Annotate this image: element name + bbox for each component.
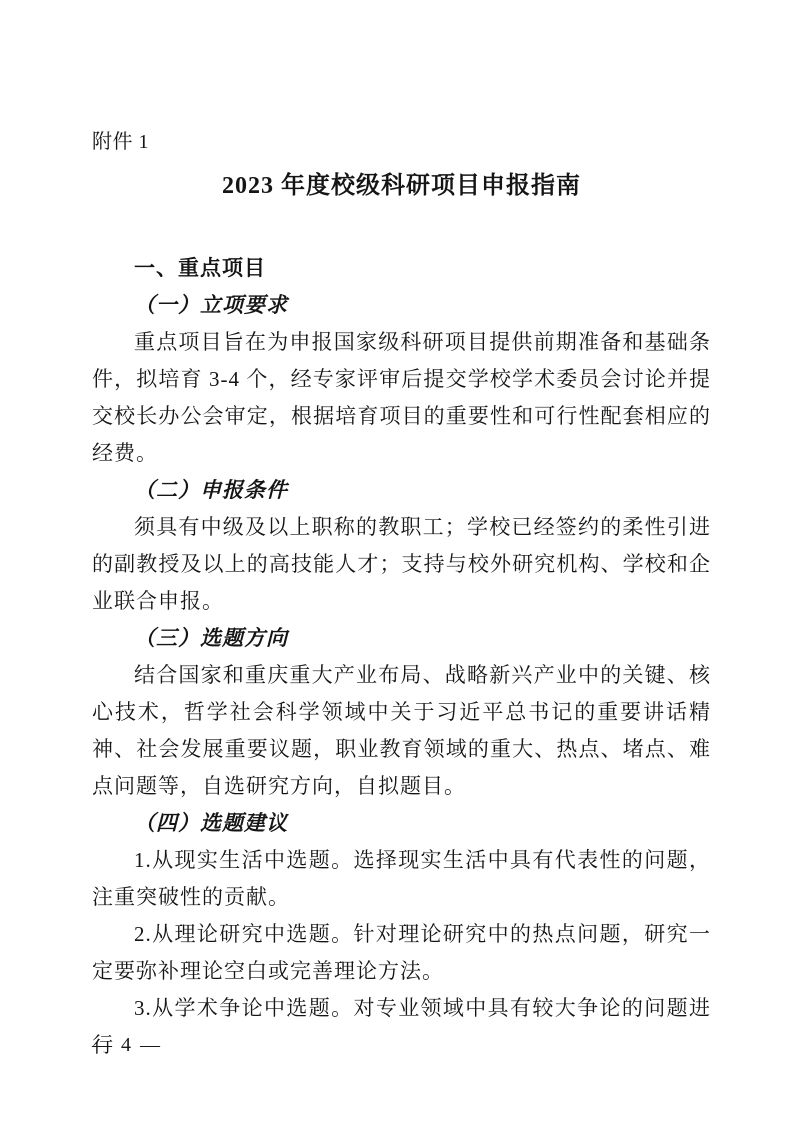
subheading-project-requirements: （一）立项要求 [92, 287, 711, 324]
subheading-topic-suggestions: （四）选题建议 [92, 805, 711, 842]
attachment-label: 附件 1 [92, 128, 711, 156]
document-title: 2023 年度校级科研项目申报指南 [92, 170, 711, 202]
para-suggestion-3: 3.从学术争论中选题。对专业领域中具有较大争论的问题进行 [92, 990, 711, 1064]
heading-key-projects: 一、重点项目 [92, 250, 711, 287]
para-suggestion-2: 2.从理论研究中选题。针对理论研究中的热点问题，研究一定要弥补理论空白或完善理论… [92, 916, 711, 990]
subheading-topic-direction: （三）选题方向 [92, 620, 711, 657]
para-project-requirements: 重点项目旨在为申报国家级科研项目提供前期准备和基础条件，拟培育 3-4 个，经专… [92, 324, 711, 472]
document-page: 附件 1 2023 年度校级科研项目申报指南 一、重点项目 （一）立项要求 重点… [0, 0, 793, 1122]
para-topic-direction: 结合国家和重庆重大产业布局、战略新兴产业中的关键、核心技术，哲学社会科学领域中关… [92, 657, 711, 805]
subheading-application-conditions: （二）申报条件 [92, 472, 711, 509]
page-number: — 4 — [92, 1034, 162, 1057]
para-application-conditions: 须具有中级及以上职称的教职工；学校已经签约的柔性引进的副教授及以上的高技能人才；… [92, 509, 711, 620]
para-suggestion-1: 1.从现实生活中选题。选择现实生活中具有代表性的问题，注重突破性的贡献。 [92, 842, 711, 916]
